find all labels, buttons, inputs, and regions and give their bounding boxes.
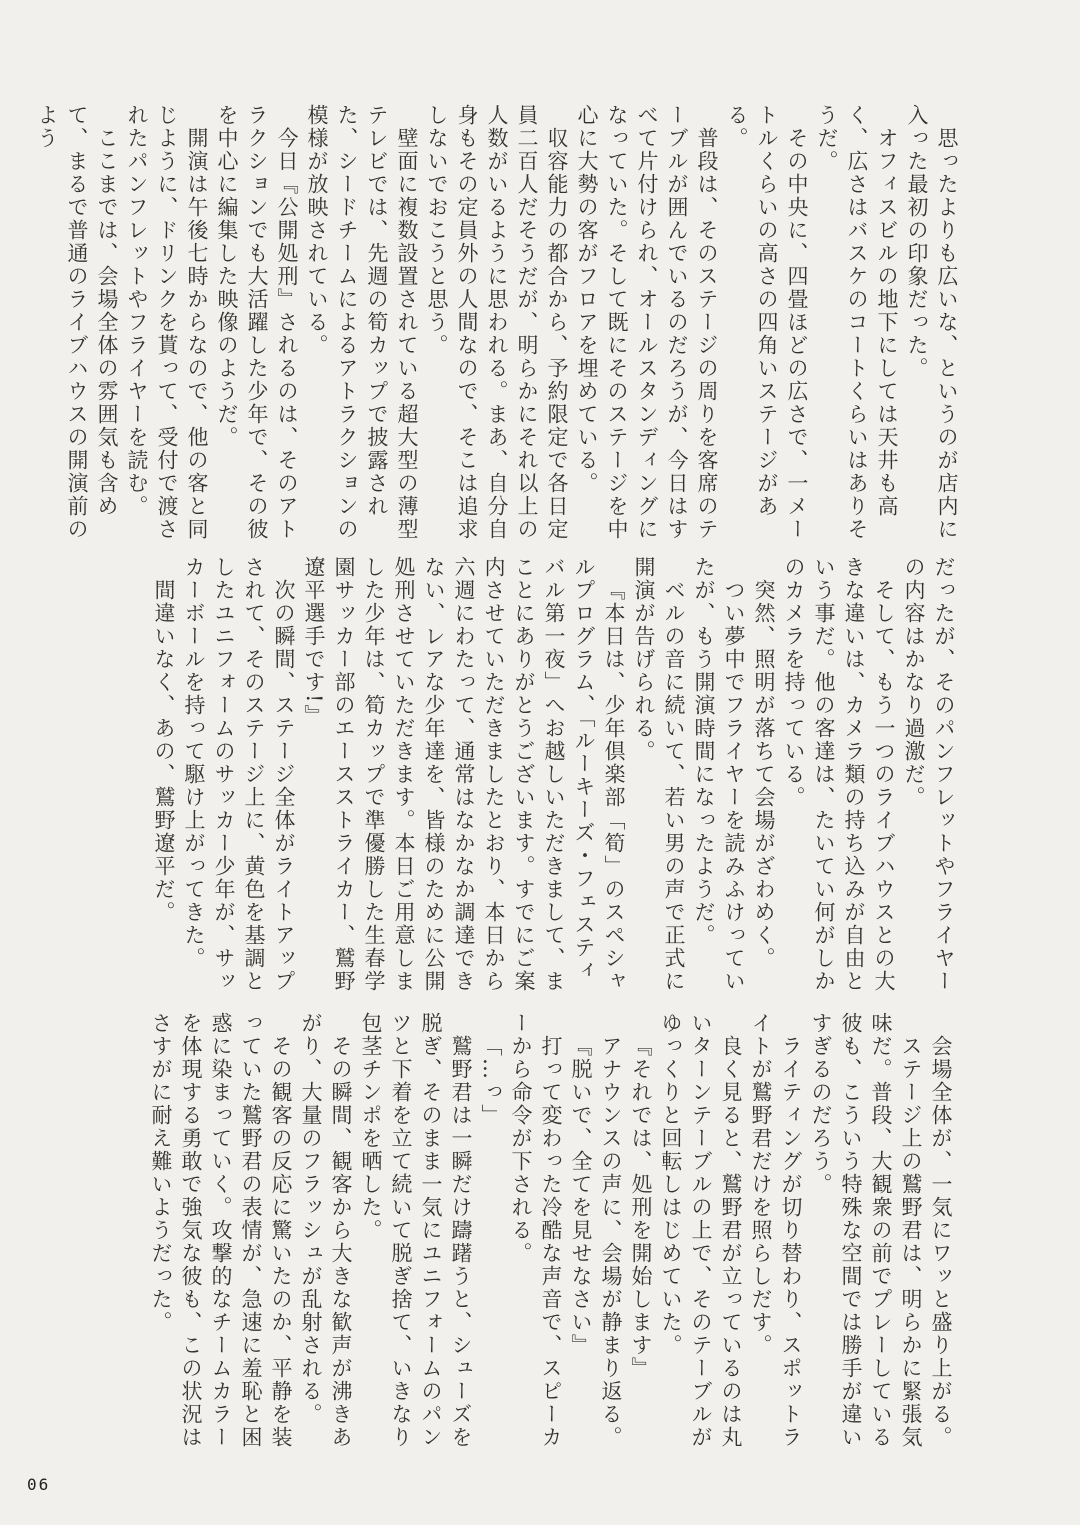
paragraph: 『それでは、処刑を開始します』 <box>626 1012 656 1460</box>
paragraph: ステージ上の鷲野君は、明らかに緊張気味だ。普段、大観衆の前でプレーしている彼も、… <box>806 1012 926 1460</box>
paragraph: 次の瞬間、ステージ全体がライトアップされて、そのステージ上に、黄色を基調としたユ… <box>179 556 299 1002</box>
text-block-top: 思ったよりも広いな、というのが店内に入った最初の印象だった。オフィスビルの地下に… <box>32 104 962 550</box>
paragraph: だったが、そのパンフレットやフライヤーの内容はかなり過激だ。 <box>899 556 959 1002</box>
paragraph: ここまでは、会場全体の雰囲気も含めて、まるで普通のライブハウスの開演前のよう <box>32 104 122 550</box>
paragraph: 今日『公開処刑』されるのは、そのアトラクションでも大活躍した少年で、その彼を中心… <box>212 104 302 550</box>
paragraph: アナウンスの声に、会場が静まり返る。 <box>596 1012 626 1460</box>
paragraph: 間違いなく、あの、鷲野遼平だ。 <box>149 556 179 1002</box>
paragraph: 打って変わった冷酷な声音で、スピーカーから命令が下される。 <box>506 1012 566 1460</box>
paragraph: 『脱いで、全てを見せなさい』 <box>566 1012 596 1460</box>
paragraph: その観客の反応に驚いたのか、平静を装っていた鷲野君の表情が、急速に羞恥と困惑に染… <box>146 1012 296 1460</box>
paragraph: 会場全体が、一気にワッと盛り上がる。 <box>926 1012 956 1460</box>
text-block-bottom: 会場全体が、一気にワッと盛り上がる。ステージ上の鷲野君は、明らかに緊張気味だ。普… <box>146 1012 956 1460</box>
paragraph: つい夢中でフライヤーを読みふけっていたが、もう開演時間になったようだ。 <box>689 556 749 1002</box>
paragraph: 壁面に複数設置されている超大型の薄型テレビでは、先週の筍カップで披露された、シー… <box>302 104 422 550</box>
paragraph: 思ったよりも広いな、というのが店内に入った最初の印象だった。 <box>902 104 962 550</box>
paragraph: ライティングが切り替わり、スポットライトが鷲野君だけを照らしだす。 <box>746 1012 806 1460</box>
document-page: 思ったよりも広いな、というのが店内に入った最初の印象だった。オフィスビルの地下に… <box>0 0 1080 1525</box>
paragraph: その中央に、四畳ほどの広さで、一メートルくらいの高さの四角いステージがある。 <box>722 104 812 550</box>
paragraph: オフィスビルの地下にしては天井も高く、広さはバスケのコートくらいはありそうだ。 <box>812 104 902 550</box>
paragraph: 突然、照明が落ちて会場がざわめく。 <box>749 556 779 1002</box>
page-number: 06 <box>27 1475 50 1494</box>
paragraph: 収容能力の都合から、予約限定で各日定員二百人だそうだが、明らかにそれ以上の人数が… <box>422 104 572 550</box>
paragraph: 『本日は、少年倶楽部「筍」のスペシャルプログラム、「ルーキーズ・フェスティバル第… <box>299 556 629 1002</box>
text-block-middle: だったが、そのパンフレットやフライヤーの内容はかなり過激だ。そして、もう一つのラ… <box>149 556 959 1002</box>
paragraph: 鷲野君は一瞬だけ躊躇うと、シューズを脱ぎ、そのまま一気にユニフォームのパンツと下… <box>356 1012 476 1460</box>
paragraph: 「…っ」 <box>476 1012 506 1460</box>
paragraph: 良く見ると、鷲野君が立っているのは丸いターンテーブルの上で、そのテーブルがゆっく… <box>656 1012 746 1460</box>
paragraph: 普段は、そのステージの周りを客席のテーブルが囲んでいるのだろうが、今日はすべて片… <box>572 104 722 550</box>
paragraph: ベルの音に続いて、若い男の声で正式に開演が告げられる。 <box>629 556 689 1002</box>
paragraph: その瞬間、観客から大きな歓声が沸きあがり、大量のフラッシュが乱射される。 <box>296 1012 356 1460</box>
paragraph: 開演は午後七時からなので、他の客と同じように、ドリンクを貰って、受付で渡されたパ… <box>122 104 212 550</box>
paragraph: そして、もう一つのライブハウスとの大きな違いは、カメラ類の持ち込みが自由という事… <box>779 556 899 1002</box>
